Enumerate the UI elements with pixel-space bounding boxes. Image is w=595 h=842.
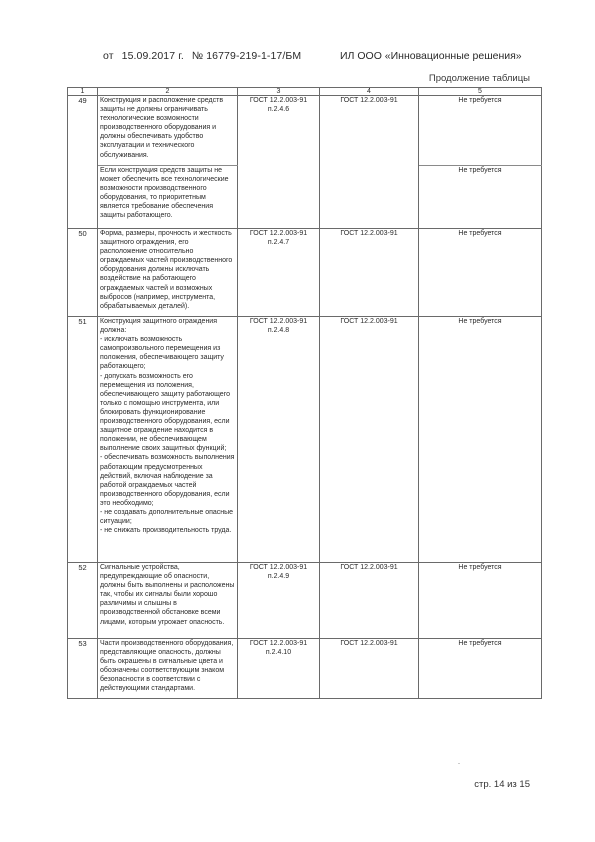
- test-method: ГОСТ 12.2.003-91: [320, 96, 419, 229]
- scan-speck: [458, 763, 460, 764]
- standard-reference: ГОСТ 12.2.003-91 п.2.4.7: [238, 229, 320, 317]
- row-number: 53: [68, 639, 98, 699]
- document-number: № 16779-219-1-17/БМ: [192, 50, 301, 62]
- result: Не требуется: [419, 229, 542, 317]
- column-header: 3: [238, 88, 320, 96]
- date-prefix: от: [103, 50, 114, 62]
- standard-reference: ГОСТ 12.2.003-91 п.2.4.6: [238, 96, 320, 229]
- table-row: 51 Конструкция защитного ограждения долж…: [68, 317, 542, 563]
- result: Не требуется: [419, 639, 542, 699]
- column-header: 4: [320, 88, 419, 96]
- table-continuation-caption: Продолжение таблицы: [429, 73, 530, 84]
- table-row: 49 Конструкция и расположение средств за…: [68, 96, 542, 166]
- requirement-text: Конструкция и расположение средств защит…: [98, 96, 238, 166]
- result: Не требуется: [419, 96, 542, 166]
- table-header-row: 1 2 3 4 5: [68, 88, 542, 96]
- requirement-text: Форма, размеры, прочность и жесткость за…: [98, 229, 238, 317]
- row-number: 52: [68, 563, 98, 639]
- row-number: 50: [68, 229, 98, 317]
- row-number: 49: [68, 96, 98, 229]
- requirement-text: Если конструкция средств защиты не может…: [98, 166, 238, 229]
- result: Не требуется: [419, 563, 542, 639]
- document-date: 15.09.2017 г.: [122, 50, 184, 62]
- standard-reference: ГОСТ 12.2.003-91 п.2.4.9: [238, 563, 320, 639]
- table-row: 50 Форма, размеры, прочность и жесткость…: [68, 229, 542, 317]
- standard-reference: ГОСТ 12.2.003-91 п.2.4.8: [238, 317, 320, 563]
- standard-reference: ГОСТ 12.2.003-91 п.2.4.10: [238, 639, 320, 699]
- test-method: ГОСТ 12.2.003-91: [320, 639, 419, 699]
- table-row: 52 Сигнальные устройства, предупреждающи…: [68, 563, 542, 639]
- table-row: 53 Части производственного оборудования,…: [68, 639, 542, 699]
- test-method: ГОСТ 12.2.003-91: [320, 563, 419, 639]
- test-method: ГОСТ 12.2.003-91: [320, 317, 419, 563]
- test-method: ГОСТ 12.2.003-91: [320, 229, 419, 317]
- column-header: 5: [419, 88, 542, 96]
- page-number: стр. 14 из 15: [474, 779, 530, 790]
- document-reference: от15.09.2017 г.№ 16779-219-1-17/БМ: [103, 50, 309, 62]
- requirements-table: 1 2 3 4 5 49 Конструкция и расположение …: [67, 87, 542, 699]
- row-number: 51: [68, 317, 98, 563]
- result: Не требуется: [419, 166, 542, 229]
- column-header: 2: [98, 88, 238, 96]
- result: Не требуется: [419, 317, 542, 563]
- requirement-text: Сигнальные устройства, предупреждающие о…: [98, 563, 238, 639]
- requirement-text: Части производственного оборудования, пр…: [98, 639, 238, 699]
- organization-name: ИЛ ООО «Инновационные решения»: [340, 50, 522, 62]
- requirement-text: Конструкция защитного ограждения должна:…: [98, 317, 238, 563]
- column-header: 1: [68, 88, 98, 96]
